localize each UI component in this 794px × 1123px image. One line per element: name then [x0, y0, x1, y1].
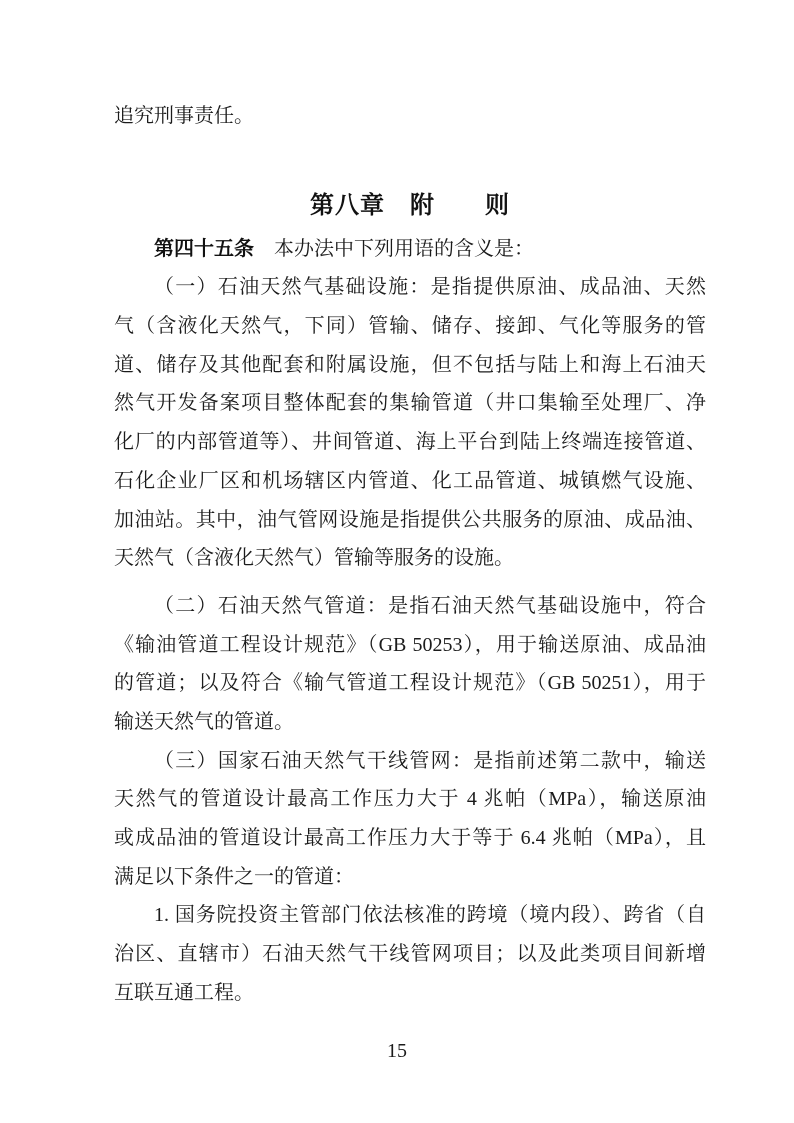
text-line: 输送天然气的管道。	[114, 703, 706, 742]
paragraph: （二）石油天然气管道：是指石油天然气基础设施中，符合《输油管道工程设计规范》（G…	[114, 587, 706, 742]
text-line: 化厂的内部管道等）、井间管道、海上平台到陆上终端连接管道、	[114, 423, 706, 462]
text-line: 的管道；以及符合《输气管道工程设计规范》（GB 50251），用于	[114, 664, 706, 703]
paragraph: 第四十五条 本办法中下列用语的含义是：	[114, 230, 706, 269]
text-line: （二）石油天然气管道：是指石油天然气基础设施中，符合	[114, 587, 706, 626]
text-line: 加油站。其中，油气管网设施是指提供公共服务的原油、成品油、	[114, 501, 706, 540]
text-line: 石化企业厂区和机场辖区内管道、化工品管道、城镇燃气设施、	[114, 462, 706, 501]
paragraph: 追究刑事责任。	[114, 97, 706, 136]
paragraph: （三）国家石油天然气干线管网：是指前述第二款中，输送天然气的管道设计最高工作压力…	[114, 742, 706, 897]
text-line: 第四十五条 本办法中下列用语的含义是：	[114, 230, 706, 269]
document-page: 追究刑事责任。第八章 附 则第四十五条 本办法中下列用语的含义是：（一）石油天然…	[0, 0, 794, 1123]
text-line: （三）国家石油天然气干线管网：是指前述第二款中，输送	[114, 742, 706, 781]
text-line: 天然气（含液化天然气）管输等服务的设施。	[114, 539, 706, 578]
text-line: 满足以下条件之一的管道：	[114, 858, 706, 897]
text-line: 道、储存及其他配套和附属设施，但不包括与陆上和海上石油天	[114, 346, 706, 385]
page-number: 15	[0, 1032, 794, 1071]
text-line: 1. 国务院投资主管部门依法核准的跨境（境内段）、跨省（自	[114, 896, 706, 935]
text-line: 然气开发备案项目整体配套的集输管道（井口集输至处理厂、净	[114, 384, 706, 423]
bold-term: 第四十五条	[154, 238, 254, 260]
paragraph: 1. 国务院投资主管部门依法核准的跨境（境内段）、跨省（自治区、直辖市）石油天然…	[114, 896, 706, 1012]
text-line: 《输油管道工程设计规范》（GB 50253），用于输送原油、成品油	[114, 626, 706, 665]
body-text: 追究刑事责任。第八章 附 则第四十五条 本办法中下列用语的含义是：（一）石油天然…	[114, 97, 706, 1012]
chapter-heading: 第八章 附 则	[114, 187, 706, 226]
paragraph: （一）石油天然气基础设施：是指提供原油、成品油、天然气（含液化天然气，下同）管输…	[114, 268, 706, 578]
text-line: 天然气的管道设计最高工作压力大于 4 兆帕（MPa），输送原油	[114, 780, 706, 819]
text-line: 气（含液化天然气，下同）管输、储存、接卸、气化等服务的管	[114, 307, 706, 346]
text-line: 或成品油的管道设计最高工作压力大于等于 6.4 兆帕（MPa），且	[114, 819, 706, 858]
text-line: 追究刑事责任。	[114, 97, 706, 136]
text-line: （一）石油天然气基础设施：是指提供原油、成品油、天然	[114, 268, 706, 307]
text-line: 互联互通工程。	[114, 974, 706, 1013]
text-line: 治区、直辖市）石油天然气干线管网项目；以及此类项目间新增	[114, 935, 706, 974]
